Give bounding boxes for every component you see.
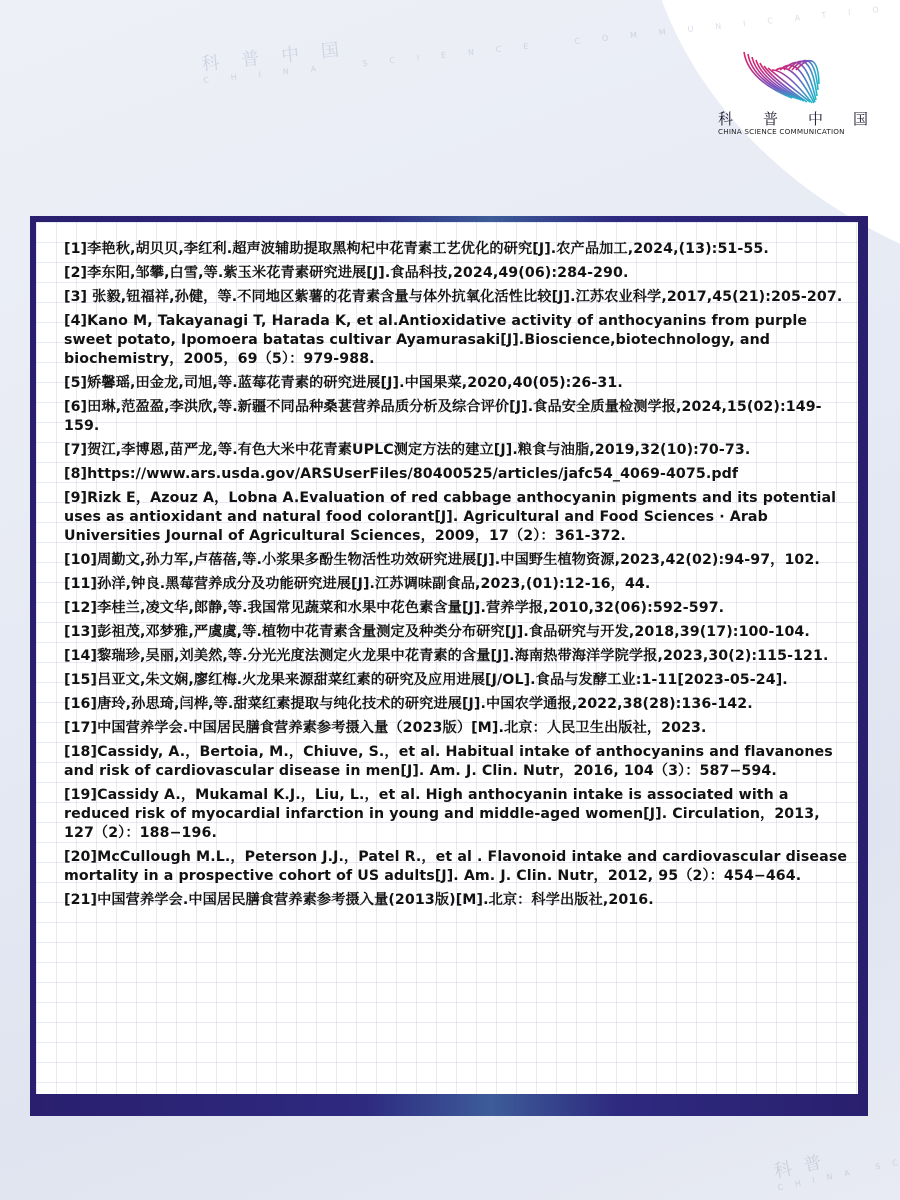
reference-item-14: [14]黎瑞珍,吴丽,刘美然,等.分光光度法测定火龙果中花青素的含量[J].海南… — [64, 647, 854, 666]
reference-item-13: [13]彭祖茂,邓梦雅,严虞虞,等.植物中花青素含量测定及种类分布研究[J].食… — [64, 623, 854, 642]
brand-name-en: CHINA SCIENCE COMMUNICATION — [718, 127, 868, 136]
reference-item-15: [15]吕亚文,朱文娴,廖红梅.火龙果来源甜菜红素的研究及应用进展[J/OL].… — [64, 671, 854, 690]
reference-item-12: [12]李桂兰,凌文华,郎静,等.我国常见蔬菜和水果中花色素含量[J].营养学报… — [64, 599, 854, 618]
reference-item-3: [3] 张毅,钮福祥,孙健，等.不同地区紫薯的花青素含量与体外抗氧化活性比较[J… — [64, 288, 854, 307]
reference-item-2: [2]李东阳,邹攀,白雪,等.紫玉米花青素研究进展[J].食品科技,2024,4… — [64, 264, 854, 283]
reference-item-1: [1]李艳秋,胡贝贝,李红利.超声波辅助提取黑枸杞中花青素工艺优化的研究[J].… — [64, 240, 854, 259]
references-frame: [1]李艳秋,胡贝贝,李红利.超声波辅助提取黑枸杞中花青素工艺优化的研究[J].… — [30, 216, 868, 1116]
reference-item-4: [4]Kano M, Takayanagi T, Harada K, et al… — [64, 312, 854, 369]
reference-item-18: [18]Cassidy, A.，Bertoia, M.，Chiuve, S.，e… — [64, 743, 854, 781]
reference-list: [1]李艳秋,胡贝贝,李红利.超声波辅助提取黑枸杞中花青素工艺优化的研究[J].… — [64, 240, 854, 915]
reference-item-8[interactable]: [8]https://www.ars.usda.gov/ARSUserFiles… — [64, 465, 854, 484]
brand-name-cn: 科 普 中 国 — [718, 108, 868, 129]
reference-item-16: [16]唐玲,孙思琦,闫桦,等.甜菜红素提取与纯化技术的研究进展[J].中国农学… — [64, 695, 854, 714]
references-panel: [1]李艳秋,胡贝贝,李红利.超声波辅助提取黑枸杞中花青素工艺优化的研究[J].… — [36, 222, 858, 1094]
brand-logo-icon — [722, 40, 872, 106]
reference-item-11: [11]孙洋,钟良.黑莓营养成分及功能研究进展[J].江苏调味副食品,2023,… — [64, 575, 854, 594]
reference-item-5: [5]矫馨瑶,田金龙,司旭,等.蓝莓花青素的研究进展[J].中国果菜,2020,… — [64, 374, 854, 393]
reference-item-7: [7]贺江,李博恩,苗严龙,等.有色大米中花青素UPLC测定方法的建立[J].粮… — [64, 441, 854, 460]
reference-item-10: [10]周勤文,孙力军,卢蓓蓓,等.小浆果多酚生物活性功效研究进展[J].中国野… — [64, 551, 854, 570]
reference-item-19: [19]Cassidy A.，Mukamal K.J.，Liu, L.，et a… — [64, 786, 854, 843]
reference-item-17: [17]中国营养学会.中国居民膳食营养素参考摄入量（2023版）[M].北京：人… — [64, 719, 854, 738]
reference-item-9: [9]Rizk E，Azouz A，Lobna A.Evaluation of … — [64, 489, 854, 546]
reference-item-6: [6]田琳,范盈盈,李洪欣,等.新疆不同品种桑葚营养品质分析及综合评价[J].食… — [64, 398, 854, 436]
reference-item-21: [21]中国营养学会.中国居民膳食营养素参考摄入量(2013版)[M].北京：科… — [64, 891, 854, 910]
reference-item-20: [20]McCullough M.L.，Peterson J.J.，Patel … — [64, 848, 854, 886]
